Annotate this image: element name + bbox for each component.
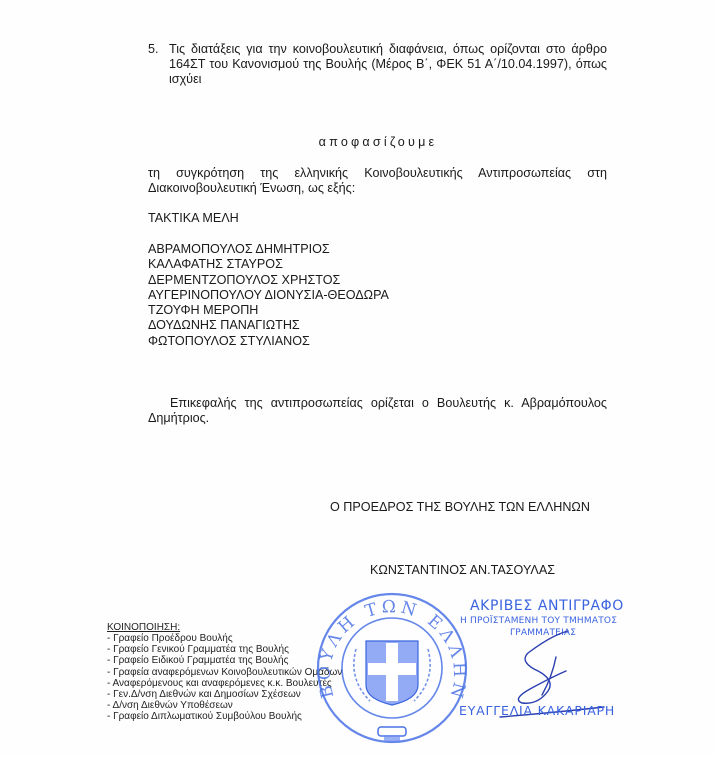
notification-recipient: - Γραφείο Γενικού Γραμματέα της Βουλής (107, 644, 342, 655)
notification-recipient: - Δ/νση Διεθνών Υποθέσεων (107, 700, 342, 711)
member-name: ΑΒΡΑΜΟΠΟΥΛΟΣ ΔΗΜΗΤΡΙΟΣ (148, 242, 389, 257)
document-page: 5. Τις διατάξεις για την κοινοβουλευτική… (0, 0, 714, 757)
decision-intro: τη συγκρότηση της ελληνικής Κοινοβουλευτ… (148, 166, 607, 196)
member-name: ΔΟΥΔΩΝΗΣ ΠΑΝΑΓΙΩΤΗΣ (148, 318, 389, 333)
clause-number: 5. (148, 42, 159, 57)
stamp-signatory: ΕΥΑΓΓΕΛΙΑ ΚΑΚΑΡΙΑΡΗ (459, 703, 615, 718)
notification-title: ΚΟΙΝΟΠΟΙΗΣΗ: (107, 622, 180, 633)
parliament-seal-icon: ΒΟΥΛΗ ΤΩΝ ΕΛΛΗΝΩΝ (314, 589, 470, 749)
notification-recipient: - Γεν.Δ/νση Διεθνών και Δημοσίων Σχέσεων (107, 689, 342, 700)
notification-recipient: - Γραφείο Προέδρου Βουλής (107, 633, 342, 644)
notification-list: - Γραφείο Προέδρου Βουλής - Γραφείο Γενι… (107, 633, 342, 723)
member-name: ΑΥΓΕΡΙΝΟΠΟΥΛΟΥ ΔΙΟΝΥΣΙΑ-ΘΕΟΔΩΡΑ (148, 288, 389, 303)
president-title: Ο ΠΡΟΕΔΡΟΣ ΤΗΣ ΒΟΥΛΗΣ ΤΩΝ ΕΛΛΗΝΩΝ (330, 500, 590, 515)
notification-recipient: - Αναφερόμενους και αναφερόμενες κ.κ. Βο… (107, 678, 342, 689)
decision-heading: αποφασίζουμε (148, 135, 608, 150)
member-name: ΦΩΤΟΠΟΥΛΟΣ ΣΤΥΛΙΑΝΟΣ (148, 334, 389, 349)
certified-copy-stamp: ΑΚΡΙΒΕΣ ΑΝΤΙΓΡΑΦΟ (470, 598, 624, 614)
notification-recipient: - Γραφείο Ειδικού Γραμματέα της Βουλής (107, 655, 342, 666)
member-name: ΔΕΡΜΕΝΤΖΟΠΟΥΛΟΣ ΧΡΗΣΤΟΣ (148, 273, 389, 288)
member-name: ΚΑΛΑΦΑΤΗΣ ΣΤΑΥΡΟΣ (148, 257, 389, 272)
members-title: ΤΑΚΤΙΚΑ ΜΕΛΗ (148, 211, 239, 226)
member-name: ΤΖΟΥΦΗ ΜΕΡΟΠΗ (148, 303, 389, 318)
notification-recipient: - Γραφείο Διπλωματικού Συμβούλου Βουλής (107, 711, 342, 722)
notification-recipient: - Γραφεία αναφερόμενων Κοινοβουλευτικών … (107, 667, 342, 678)
clause-text: Τις διατάξεις για την κοινοβουλευτική δι… (169, 42, 607, 87)
head-of-delegation: Επικεφαλής της αντιπροσωπείας ορίζεται ο… (148, 396, 607, 426)
signer-name: ΚΩΝΣΤΑΝΤΙΝΟΣ ΑΝ.ΤΑΣΟΥΛΑΣ (370, 563, 555, 578)
members-list: ΑΒΡΑΜΟΠΟΥΛΟΣ ΔΗΜΗΤΡΙΟΣ ΚΑΛΑΦΑΤΗΣ ΣΤΑΥΡΟΣ… (148, 242, 389, 349)
